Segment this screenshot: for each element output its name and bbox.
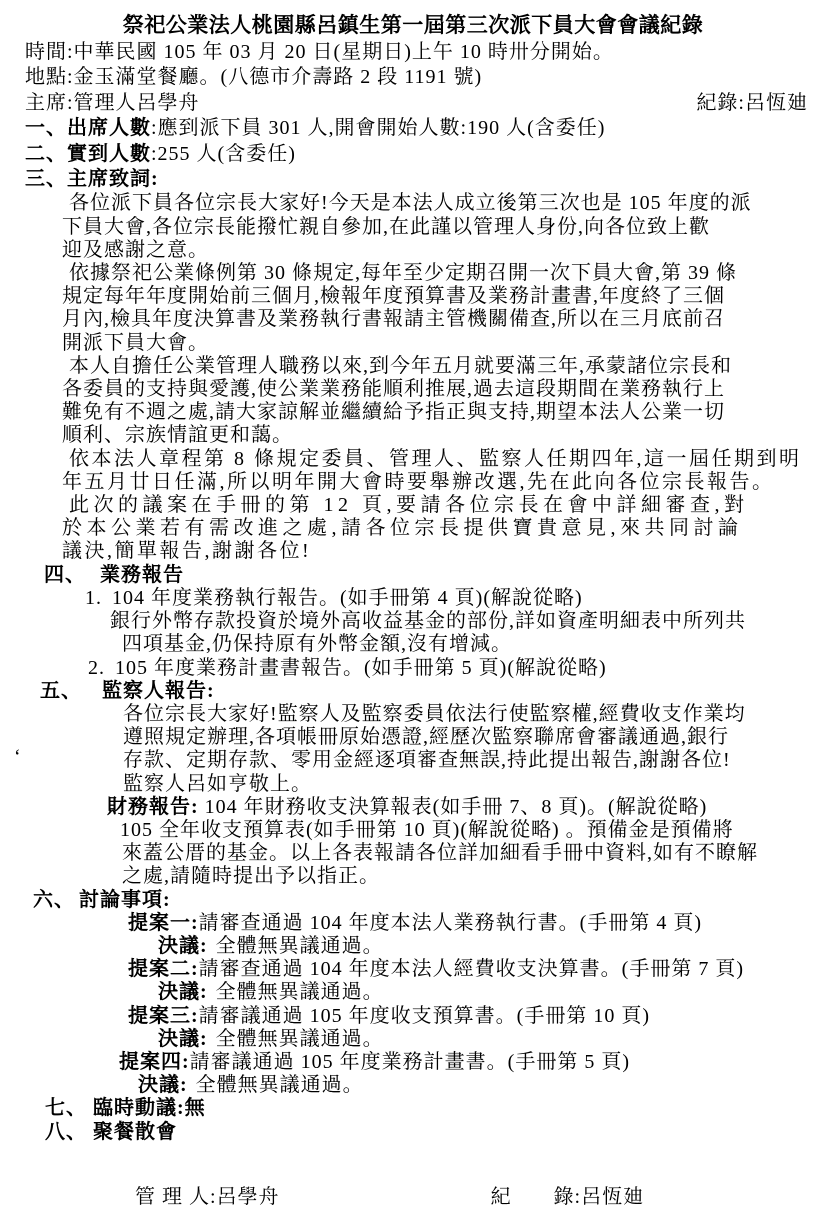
speech-line: 依據祭祀公業條例第 30 條規定,每年至少定期召開一次下員大會,第 39 條 bbox=[62, 262, 826, 285]
stray-quote-mark: ‘ bbox=[14, 747, 22, 767]
proposal-text: 請審議通過 105 年度收支預算書。(手冊第 10 頁) bbox=[199, 1005, 650, 1027]
speech-line: 本人自擔任公業管理人職務以來,到今年五月就要滿三年,承蒙諸位宗長和 bbox=[62, 355, 826, 378]
resolution-line: 決議:全體無異議通過。 bbox=[138, 1074, 826, 1097]
speech-label: 主席致詞: bbox=[67, 168, 159, 190]
closing-line: 八、聚餐散會 bbox=[45, 1121, 826, 1144]
footer-manager-label: 管 理 人: bbox=[135, 1186, 217, 1208]
speech-line: 依本法人章程第 8 條規定委員、管理人、監察人任期四年,這一屆任期到明 bbox=[62, 448, 826, 471]
business-number: 四、 bbox=[44, 564, 86, 586]
discussion-number: 六、 bbox=[33, 889, 75, 911]
speech-line: 議決,簡單報告,謝謝各位! bbox=[62, 540, 826, 563]
finance-report-text: 104 年財務收支決算報表(如手冊 7、8 頁)。(解說從略) bbox=[205, 796, 708, 818]
meta-chair-line: 主席:管理人呂學舟 紀錄:呂恆廸 bbox=[25, 91, 808, 116]
resolution-line: 決議:全體無異議通過。 bbox=[158, 981, 826, 1004]
business-item-line: 2.105 年度業務計畫書報告。(如手冊第 5 頁)(解說從略) bbox=[88, 657, 826, 680]
finance-report-label: 財務報告: bbox=[107, 796, 199, 818]
supervisor-speech-line: 各位宗長大家好!監察人及監察委員依法行使監察權,經費收支作業均 bbox=[123, 703, 826, 726]
finance-report-line: 財務報告:104 年財務收支決算報表(如手冊 7、8 頁)。(解說從略) bbox=[107, 796, 826, 819]
supervisor-speech-line: 存款、定期存款、零用金經逐項審查無誤,持此提出報告,謝謝各位! bbox=[123, 749, 826, 772]
discussion-title: 討論事項: bbox=[79, 889, 171, 911]
speech-line: 難免有不週之處,請大家諒解並繼續給予指正與支持,期望本法人公業一切 bbox=[62, 401, 826, 424]
footer-recorder-name: 呂恆廸 bbox=[581, 1186, 644, 1208]
footer-recorder: 紀 錄:呂恆廸 bbox=[491, 1186, 645, 1208]
note-line: 四項基金,仍保持原有外幣金額,沒有增減。 bbox=[122, 633, 826, 656]
proposal-line: 提案三:請審議通過 105 年度收支預算書。(手冊第 10 頁) bbox=[128, 1005, 826, 1028]
resolution-text: 全體無異議通過。 bbox=[216, 981, 384, 1003]
finance-report-line: 來蓋公厝的基金。以上各表報請各位詳加細看手冊中資料,如有不瞭解 bbox=[122, 842, 826, 865]
speech-line: 順利、宗族情誼更和藹。 bbox=[62, 424, 826, 447]
meta-time-line: 時間:中華民國 105 年 03 月 20 日(星期日)上午 10 時卅分開始。 bbox=[25, 40, 826, 65]
headcount-number: 二、 bbox=[25, 143, 67, 165]
attendance-label: 出席人數 bbox=[67, 117, 151, 139]
discussion-heading: 六、討論事項: bbox=[33, 889, 826, 912]
supervisor-report-heading: 五、監察人報告: bbox=[40, 680, 826, 703]
proposal-label: 提案一: bbox=[128, 912, 199, 934]
attendance-number: 一、 bbox=[25, 117, 67, 139]
speech-line: 年五月廿日任滿,所以明年開大會時要舉辦改選,先在此向各位宗長報告。 bbox=[62, 471, 826, 494]
closing-text: 聚餐散會 bbox=[93, 1121, 177, 1143]
footer-signatures: 管 理 人:呂學舟 紀 錄:呂恆廸 bbox=[0, 1185, 826, 1209]
motions-text: 臨時動議:無 bbox=[93, 1097, 206, 1119]
speech-line: 此次的議案在手冊的第 12 頁,要請各位宗長在會中詳細審查,對 bbox=[62, 494, 826, 517]
headcount-line: 二、實到人數:255 人(含委任) bbox=[25, 142, 826, 167]
proposal-text: 請審查通過 104 年度本法人業務執行書。(手冊第 4 頁) bbox=[199, 912, 702, 934]
closing-number: 八、 bbox=[45, 1121, 87, 1143]
business-item-line: 1.104 年度業務執行報告。(如手冊第 4 頁)(解說從略) bbox=[85, 587, 826, 610]
finance-report-line: 105 全年收支預算表(如手冊第 10 頁)(解說從略) 。預備金是預備將 bbox=[120, 819, 826, 842]
finance-report-line: 之處,請隨時提出予以指正。 bbox=[122, 865, 826, 888]
speech-line: 開派下員大會。 bbox=[62, 332, 826, 355]
meta-place-line: 地點:金玉滿堂餐廳。(八德市介壽路 2 段 1191 號) bbox=[25, 65, 826, 90]
resolution-line: 決議:全體無異議通過。 bbox=[158, 1028, 826, 1051]
motions-number: 七、 bbox=[45, 1097, 87, 1119]
resolution-label: 決議: bbox=[138, 1074, 188, 1096]
supervisor-title: 監察人報告: bbox=[102, 680, 215, 702]
speech-line: 下員大會,各位宗長能撥忙親自參加,在此謹以管理人身份,向各位致上歡 bbox=[62, 216, 826, 239]
footer-manager-name: 呂學舟 bbox=[217, 1186, 280, 1208]
footer-manager: 管 理 人:呂學舟 bbox=[135, 1186, 280, 1208]
speech-line: 月內,檢具年度決算書及業務執行書報請主管機關備查,所以在三月底前召 bbox=[62, 308, 826, 331]
supervisor-speech-line: 監察人呂如亨敬上。 bbox=[123, 773, 826, 796]
supervisor-number: 五、 bbox=[40, 680, 82, 702]
attendance-line: 一、出席人數:應到派下員 301 人,開會開始人數:190 人(含委任) bbox=[25, 116, 826, 141]
supervisor-speech-line: 遵照規定辦理,各項帳冊原始憑證,經歷次監察聯席會審議通過,銀行 bbox=[123, 726, 826, 749]
note-line: 銀行外幣存款投資於境外高收益基金的部份,詳如資產明細表中所列共 bbox=[110, 610, 826, 633]
resolution-label: 決議: bbox=[158, 935, 208, 957]
resolution-label: 決議: bbox=[158, 1028, 208, 1050]
proposal-line: 提案一:請審查通過 104 年度本法人業務執行書。(手冊第 4 頁) bbox=[128, 912, 826, 935]
business-item1-text: 104 年度業務執行報告。(如手冊第 4 頁)(解說從略) bbox=[112, 587, 583, 609]
speech-line: 於本公業若有需改進之處,請各位宗長提供寶貴意見,來共同討論 bbox=[62, 517, 826, 540]
business-item2-text: 105 年度業務計畫書報告。(如手冊第 5 頁)(解說從略) bbox=[115, 657, 607, 679]
speech-line: 迎及感謝之意。 bbox=[62, 239, 826, 262]
meta-chair: 主席:管理人呂學舟 bbox=[25, 91, 200, 116]
proposal-line: 提案二:請審查通過 104 年度本法人經費收支決算書。(手冊第 7 頁) bbox=[128, 958, 826, 981]
resolution-line: 決議:全體無異議通過。 bbox=[158, 935, 826, 958]
speech-line: 各委員的支持與愛護,使公業業務能順利推展,過去這段期間在業務執行上 bbox=[62, 378, 826, 401]
meta-recorder: 紀錄:呂恆廸 bbox=[696, 91, 808, 116]
motions-line: 七、臨時動議:無 bbox=[45, 1097, 826, 1120]
proposal-text: 請審查通過 104 年度本法人經費收支決算書。(手冊第 7 頁) bbox=[199, 958, 744, 980]
speech-number: 三、 bbox=[25, 168, 67, 190]
business-item2-no: 2. bbox=[88, 657, 105, 679]
resolution-text: 全體無異議通過。 bbox=[216, 935, 384, 957]
business-report-heading: 四、業務報告 bbox=[44, 564, 826, 587]
meeting-minutes-page: 祭祀公業法人桃園縣呂鎮生第一屆第三次派下員大會會議紀錄 時間:中華民國 105 … bbox=[0, 0, 826, 1212]
speech-line: 各位派下員各位宗長大家好!今天是本法人成立後第三次也是 105 年度的派 bbox=[62, 192, 826, 215]
footer-recorder-label: 紀 錄: bbox=[491, 1186, 582, 1208]
headcount-value: :255 人(含委任) bbox=[151, 143, 296, 165]
document-title: 祭祀公業法人桃園縣呂鎮生第一屆第三次派下員大會會議紀錄 bbox=[0, 10, 826, 40]
proposal-label: 提案二: bbox=[128, 958, 199, 980]
proposal-label: 提案四: bbox=[119, 1051, 190, 1073]
resolution-label: 決議: bbox=[158, 981, 208, 1003]
proposal-line: 提案四:請審議通過 105 年度業務計畫書。(手冊第 5 頁) bbox=[119, 1051, 826, 1074]
business-title: 業務報告 bbox=[100, 564, 184, 586]
proposal-label: 提案三: bbox=[128, 1005, 199, 1027]
resolution-text: 全體無異議通過。 bbox=[196, 1074, 364, 1096]
resolution-text: 全體無異議通過。 bbox=[216, 1028, 384, 1050]
proposal-text: 請審議通過 105 年度業務計畫書。(手冊第 5 頁) bbox=[190, 1051, 630, 1073]
speech-line: 規定每年年度開始前三個月,檢報年度預算書及業務計畫書,年度終了三個 bbox=[62, 285, 826, 308]
business-item1-no: 1. bbox=[85, 587, 102, 609]
attendance-value: :應到派下員 301 人,開會開始人數:190 人(含委任) bbox=[151, 117, 605, 139]
chairman-speech-heading: 三、主席致詞: bbox=[25, 167, 826, 192]
headcount-label: 實到人數 bbox=[67, 143, 151, 165]
